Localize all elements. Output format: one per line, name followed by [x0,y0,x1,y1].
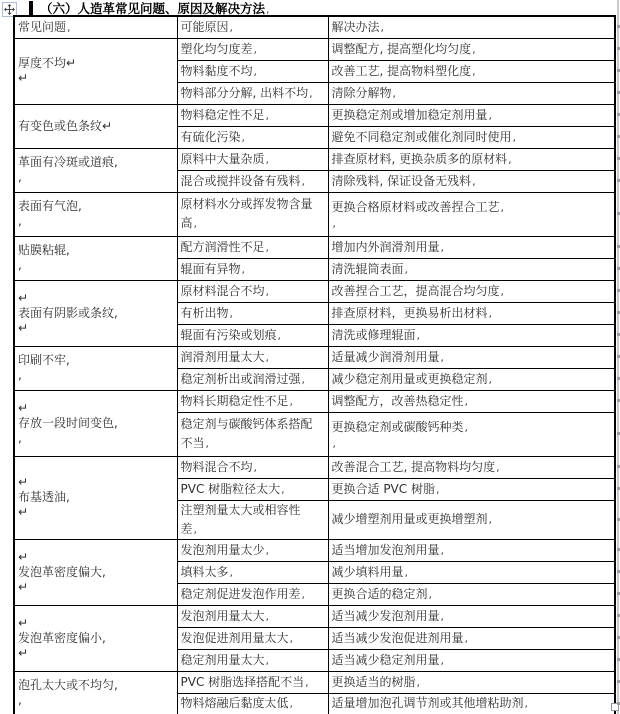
problem-cell: 有变色或色条纹↵ [14,104,177,148]
cause-text: 原材料混合不均 [181,284,265,298]
solution-text: 减少填料用量 [332,565,404,579]
problem-line: ↵ [18,401,175,416]
cause-cell: 配方润滑性不足, [177,236,328,258]
cell-end-mark: , [230,566,234,579]
table-row: 厚度不均↵↵塑化均匀度差,调整配方, 提高塑化均匀度, [14,38,615,60]
problem-line: 布基透油, [18,490,175,505]
four-way-arrow-icon [4,4,15,15]
problem-line: , [18,170,175,185]
solution-cell: 调整配方, 提高塑化均匀度, [328,38,615,60]
cell-end-mark: , [230,307,234,320]
table-row: 表面有气泡,,原材料水分或挥发物含量高,更换合格原材料或改善捏合工艺,, [14,192,615,236]
cell-end-mark: , [496,461,500,474]
cause-cell: 有析出物, [177,302,328,324]
cause-cell: 稳定剂析出或润滑过强, [177,368,328,390]
cell-end-mark: , [305,676,309,689]
table-row: ↵发泡革密度偏小,↵发泡剂用量太大,适当减少发泡剂用量, [14,605,615,627]
problem-line: ↵ [18,580,175,595]
problem-line: ↵ [18,291,175,306]
cell-end-mark: , [489,373,493,386]
cell-end-mark: , [429,588,433,601]
solution-cell: 减少稳定剂用量或更换稳定剂, [328,368,615,390]
cell-end-mark: , [278,329,282,342]
problem-cell: 革面有冷斑或道痕,, [14,148,177,192]
solution-text: 清除残料, 保证设备无残料 [332,174,472,188]
cell-end-mark: , [281,483,285,496]
solution-cell: 清除分解物, [328,82,615,104]
cell-end-mark: , [290,697,294,710]
solution-text: 改善工艺, 提高物料塑化度 [332,64,472,78]
cell-end-mark: , [393,87,397,100]
problem-cell: ↵发泡革密度偏小,↵ [14,605,177,671]
solution-text: 更换稳定剂或碳酸钙种类 [332,420,464,434]
cause-text: 塑化均匀度差 [181,42,253,56]
solution-text: 排查原材料，更换易析出材料 [332,306,488,320]
cause-text: 混合或搅拌设备有残料 [181,174,301,188]
solution-text: 改善捏合工艺，提高混合均匀度 [332,284,500,298]
solution-text: 更换合适的稳定剂 [332,587,428,601]
cell-end-mark: , [501,201,505,214]
cell-end-mark: , [472,43,476,56]
cause-cell: 发泡剂用量太大, [177,605,328,627]
cause-text: PVC 树脂选择搭配不当 [181,675,305,689]
cell-end-mark: , [441,610,445,623]
problems-table-body: 常见问题,可能原因,解决办法,厚度不均↵↵塑化均匀度差,调整配方, 提高塑化均匀… [14,16,615,714]
cell-end-mark: , [417,676,421,689]
header-label: 可能原因 [181,20,229,34]
cell-end-mark: , [472,65,476,78]
header-label: 解决办法 [332,20,380,34]
cause-text: 原料中大量杂质 [181,152,265,166]
cause-text: 辊面有异物 [181,262,241,276]
cause-cell: 稳定剂用量太大, [177,649,328,671]
cause-cell: 辊面有异物, [177,258,328,280]
solution-cell: 减少填料用量, [328,561,615,583]
solution-second-line-mark: , [332,437,613,450]
cause-text: 稳定剂与碳酸钙体系搭配不当 [181,417,313,450]
problem-line: 泡孔太大或不均匀, [18,678,175,693]
cause-text: 物料混合不均 [181,460,253,474]
problem-line: ↵ [18,475,175,490]
cause-cell: 发泡剂用量太少, [177,539,328,561]
cell-end-mark: , [513,131,517,144]
solution-cell: 清洗辊筒表面, [328,258,615,280]
cell-end-mark: , [266,544,270,557]
solution-text: 避免不同稳定剂或催化剂同时使用 [332,130,512,144]
table-row: ↵布基透油,↵物料混合不均,改善混合工艺, 提高物料均匀度, [14,456,615,478]
cell-end-mark: , [290,632,294,645]
problem-line: 有变色或色条纹↵ [18,119,175,134]
cell-end-mark: , [441,544,445,557]
cell-end-mark: , [508,153,512,166]
cause-text: 有硫化污染 [181,130,241,144]
cell-end-mark: , [242,131,246,144]
solution-cell: 减少增塑剂用量或更换增塑剂, [328,500,615,539]
problem-line: , [18,368,175,383]
cause-cell: 稳定剂促进发泡作用差, [177,583,328,605]
problem-line: ↵ [18,505,175,520]
cause-text: 稳定剂析出或润滑过强 [181,372,301,386]
cause-text: 注塑剂量太大或相容性差 [181,503,301,536]
solution-text: 减少增塑剂用量或更换增塑剂 [332,512,488,526]
solution-cell: 清洗或修理辊面, [328,324,615,346]
problem-line: 贴膜粘辊, [18,243,175,258]
cell-end-mark: , [266,285,270,298]
cause-cell: 原材料混合不均, [177,280,328,302]
cause-cell: 注塑剂量太大或相容性差, [177,500,328,539]
cell-end-mark: , [441,654,445,667]
cell-end-mark: , [441,351,445,364]
problem-line: 表面有气泡, [18,199,175,214]
solution-cell: 更换适当的树脂, [328,671,615,693]
cell-end-mark: , [266,351,270,364]
problem-line: ↵ [18,550,175,565]
table-row: 贴膜粘辊,,配方润滑性不足,增加内外润滑剂用量, [14,236,615,258]
cause-cell: 物料熔融后黏度太低, [177,693,328,714]
solution-cell: 增加内外润滑剂用量, [328,236,615,258]
cell-end-mark: , [465,395,469,408]
solution-cell: 适当增加发泡剂用量, [328,539,615,561]
cause-cell: 物料稳定性不足, [177,104,328,126]
problem-line: , [18,431,175,446]
cause-cell: 填料太多, [177,561,328,583]
cause-cell: 辊面有污染或划痕, [177,324,328,346]
cause-text: 物料熔融后黏度太低 [181,696,289,710]
cell-end-mark: , [489,109,493,122]
cause-cell: 混合或搅拌设备有残料, [177,170,328,192]
header-cell: 常见问题, [14,16,177,38]
cell-end-mark: , [254,43,258,56]
solution-cell: 适当减少发泡剂用量, [328,605,615,627]
cell-end-mark: , [489,513,493,526]
solution-cell: 更换合格原材料或改善捏合工艺,, [328,192,615,236]
cell-end-mark: , [501,285,505,298]
table-row: ↵表面有阴影或条纹,↵原材料混合不均,改善捏合工艺，提高混合均匀度, [14,280,615,302]
cell-end-mark: , [302,175,306,188]
problem-line: , [18,214,175,229]
cell-end-mark: , [206,437,210,450]
problem-line: 发泡革密度偏大, [18,565,175,580]
cell-end-mark: , [465,632,469,645]
header-label: 常见问题 [18,20,66,34]
cause-text: PVC 树脂粒径太大 [181,482,281,496]
cause-text: 物料黏度不均 [181,64,253,78]
cause-text: 原材料水分或挥发物含量高 [181,197,313,230]
solution-cell: 更换稳定剂或碳酸钙种类,, [328,412,615,456]
cause-cell: PVC 树脂粒径太大, [177,478,328,500]
solution-cell: 改善捏合工艺，提高混合均匀度, [328,280,615,302]
cause-cell: 物料长期稳定性不足, [177,390,328,412]
cause-text: 发泡促进剂用量太大 [181,631,289,645]
cause-text: 物料长期稳定性不足 [181,394,289,408]
solution-text: 增加内外润滑剂用量 [332,240,440,254]
solution-text: 适量减少润滑剂用量 [332,350,440,364]
problem-cell: ↵表面有阴影或条纹,↵ [14,280,177,346]
cell-end-mark: , [417,329,421,342]
cause-cell: 有硫化污染, [177,126,328,148]
solution-cell: 更换合适的稳定剂, [328,583,615,605]
solution-cell: 适量减少润滑剂用量, [328,346,615,368]
problem-cell: 厚度不均↵↵ [14,38,177,104]
solution-text: 改善混合工艺, 提高物料均匀度 [332,460,496,474]
problem-line: ↵ [18,646,175,661]
solution-cell: 排查原材料, 更换杂质多的原材料, [328,148,615,170]
cause-text: 物料稳定性不足 [181,108,265,122]
solution-text: 适当减少发泡促进剂用量 [332,631,464,645]
cause-text: 填料太多 [181,565,229,579]
problem-cell: ↵布基透油,↵ [14,456,177,539]
cause-cell: 原料中大量杂质, [177,148,328,170]
problem-cell: 贴膜粘辊,, [14,236,177,280]
cause-cell: 润滑剂用量太大, [177,346,328,368]
problem-line: 革面有冷斑或道痕, [18,155,175,170]
cause-text: 发泡剂用量太少 [181,543,265,557]
table-row: ↵存放一段时间变色,,物料长期稳定性不足,调整配方，改善热稳定性, [14,390,615,412]
cell-end-mark: , [465,421,469,434]
problem-line: 表面有阴影或条纹, [18,306,175,321]
problem-line: 厚度不均↵ [18,56,175,71]
solution-text: 清洗辊筒表面 [332,262,404,276]
cause-cell: 塑化均匀度差, [177,38,328,60]
solution-text: 减少稳定剂用量或更换稳定剂 [332,372,488,386]
solution-cell: 适当减少稳定剂用量, [328,649,615,671]
cell-end-mark: , [489,307,493,320]
problem-line: ↵ [18,71,175,86]
cell-end-mark: , [333,217,337,230]
solution-text: 清洗或修理辊面 [332,328,416,342]
cause-text: 稳定剂促进发泡作用差 [181,587,301,601]
table-row: ↵发泡革密度偏大,↵发泡剂用量太少,适当增加发泡剂用量, [14,539,615,561]
solution-cell: 更换稳定剂或增加稳定剂用量, [328,104,615,126]
table-header-row: 常见问题,可能原因,解决办法, [14,16,615,38]
cause-cell: PVC 树脂选择搭配不当, [177,671,328,693]
solution-cell: 更换合适 PVC 树脂, [328,478,615,500]
section-title-text: （六）人造革常见问题、原因及解决方法 [40,1,265,16]
cell-end-mark: , [242,263,246,276]
cell-end-mark: , [333,437,337,450]
solution-cell: 调整配方，改善热稳定性, [328,390,615,412]
problems-table: 常见问题,可能原因,解决办法,厚度不均↵↵塑化均匀度差,调整配方, 提高塑化均匀… [13,15,616,714]
cell-end-mark: , [302,373,306,386]
solution-cell: 适当减少发泡促进剂用量, [328,627,615,649]
solution-cell: 改善工艺, 提高物料塑化度, [328,60,615,82]
cell-end-mark: , [290,395,294,408]
solution-cell: 改善混合工艺, 提高物料均匀度, [328,456,615,478]
header-cell: 可能原因, [177,16,328,38]
cause-cell: 物料部分分解, 出料不均, [177,82,328,104]
solution-text: 更换稳定剂或增加稳定剂用量 [332,108,488,122]
problem-line: , [18,693,175,708]
solution-second-line-mark: , [332,217,613,230]
problem-cell: 表面有气泡,, [14,192,177,236]
table-row: 印刷不牢,,润滑剂用量太大,适量减少润滑剂用量, [14,346,615,368]
cell-end-mark: , [441,241,445,254]
problem-line: ↵ [18,321,175,336]
cell-end-mark: , [405,263,409,276]
solution-cell: 适量增加泡孔调节剂或其他增粘助剂, [328,693,615,714]
cause-cell: 稳定剂与碳酸钙体系搭配不当, [177,412,328,456]
solution-text: 适当减少稳定剂用量 [332,653,440,667]
cell-end-mark: , [194,523,198,536]
cause-text: 辊面有污染或划痕 [181,328,277,342]
solution-text: 更换合适 PVC 树脂 [332,482,435,496]
cause-cell: 原材料水分或挥发物含量高, [177,192,328,236]
solution-text: 调整配方, 提高塑化均匀度 [332,42,472,56]
problem-line: 存放一段时间变色, [18,416,175,431]
problem-line: 印刷不牢, [18,353,175,368]
cause-text: 有析出物 [181,306,229,320]
solution-text: 清除分解物 [332,86,392,100]
cause-text: 发泡剂用量太大 [181,609,265,623]
cell-end-mark: , [381,21,385,34]
problem-cell: ↵发泡革密度偏大,↵ [14,539,177,605]
cell-end-mark: , [436,483,440,496]
problem-cell: 泡孔太大或不均匀,, [14,671,177,714]
cell-end-mark: , [230,21,234,34]
cell-end-mark: , [266,109,270,122]
problem-cell: 印刷不牢,, [14,346,177,390]
cell-end-mark: , [254,461,258,474]
cell-end-mark: , [309,87,313,100]
problem-line: 发泡革密度偏小, [18,631,175,646]
cell-end-mark: , [405,566,409,579]
cell-end-mark: , [266,654,270,667]
solution-text: 更换合格原材料或改善捏合工艺 [332,200,500,214]
table-row: 泡孔太大或不均匀,,PVC 树脂选择搭配不当,更换适当的树脂, [14,671,615,693]
solution-text: 适当减少发泡剂用量 [332,609,440,623]
cell-end-mark: , [266,610,270,623]
problem-line: , [18,258,175,273]
table-row: 革面有冷斑或道痕,,原料中大量杂质,排查原材料, 更换杂质多的原材料, [14,148,615,170]
problem-cell: ↵存放一段时间变色,, [14,390,177,456]
table-row: 有变色或色条纹↵物料稳定性不足,更换稳定剂或增加稳定剂用量, [14,104,615,126]
problem-line: ↵ [18,616,175,631]
solution-cell: 排查原材料，更换易析出材料, [328,302,615,324]
cause-text: 润滑剂用量太大 [181,350,265,364]
cell-end-mark: , [266,153,270,166]
cause-cell: 发泡促进剂用量太大, [177,627,328,649]
solution-text: 调整配方，改善热稳定性 [332,394,464,408]
cause-text: 配方润滑性不足 [181,240,265,254]
cell-end-mark: , [254,65,258,78]
cause-cell: 物料混合不均, [177,456,328,478]
cause-text: 稳定剂用量太大 [181,653,265,667]
cause-text: 物料部分分解, 出料不均 [181,86,309,100]
header-cell: 解决办法, [328,16,615,38]
cell-end-mark: , [67,21,71,34]
solution-text: 适当增加发泡剂用量 [332,543,440,557]
cell-end-mark: , [302,588,306,601]
solution-text: 更换适当的树脂 [332,675,416,689]
solution-text: 排查原材料, 更换杂质多的原材料 [332,152,508,166]
cell-end-mark: , [194,217,198,230]
solution-text: 适量增加泡孔调节剂或其他增粘助剂 [332,696,524,710]
cell-end-mark: , [525,697,529,710]
cell-end-mark: , [472,175,476,188]
cell-end-mark: , [266,241,270,254]
solution-cell: 避免不同稳定剂或催化剂同时使用, [328,126,615,148]
cause-cell: 物料黏度不均, [177,60,328,82]
solution-cell: 清除残料, 保证设备无残料, [328,170,615,192]
